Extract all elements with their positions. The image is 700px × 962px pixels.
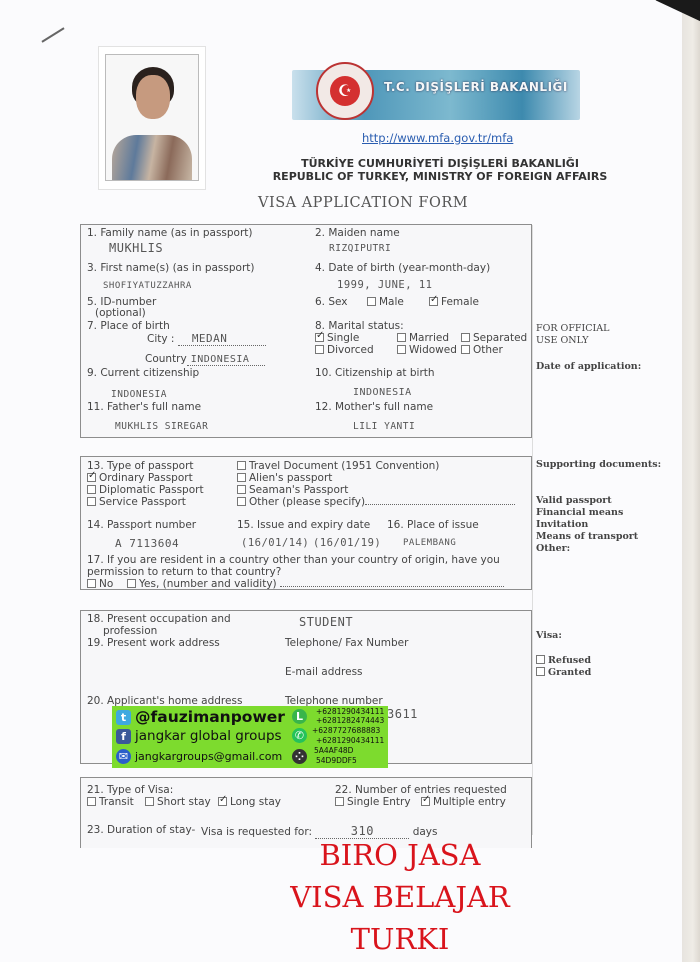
ministry-seal-icon: ☪	[316, 62, 374, 120]
checkbox[interactable]	[461, 345, 470, 354]
line-number-1: +6281290434111	[316, 707, 384, 716]
entries-label: 22. Number of entries requested	[335, 784, 507, 796]
doc-invitation: Invitation	[536, 519, 588, 531]
passport-seaman-option[interactable]: Seaman's Passport	[237, 484, 348, 496]
country-value: INDONESIA	[187, 354, 250, 365]
checkbox[interactable]	[87, 497, 96, 506]
visa-transit-option[interactable]: Transit	[87, 796, 134, 808]
promo-watermark: BIRO JASA VISA BELAJAR TURKI	[190, 834, 610, 960]
passport-ordinary-option[interactable]: Ordinary Passport	[87, 472, 193, 484]
checkbox[interactable]	[397, 345, 406, 354]
checkbox-checked[interactable]	[315, 333, 324, 342]
dob-label: 4. Date of birth (year-month-day)	[315, 262, 490, 274]
checkbox[interactable]	[397, 333, 406, 342]
checkbox[interactable]	[536, 655, 545, 664]
official-column-divider	[532, 225, 533, 835]
checkbox-checked[interactable]	[421, 797, 430, 806]
city-value: MEDAN	[178, 332, 228, 345]
mail-icon: ✉	[116, 749, 131, 764]
multiple-entry-option[interactable]: Multiple entry	[421, 796, 506, 808]
ministry-name-english: REPUBLIC OF TURKEY, MINISTRY OF FOREIGN …	[265, 170, 615, 183]
sex-female-option[interactable]: Female	[429, 296, 479, 308]
checkbox[interactable]	[367, 297, 376, 306]
father-name-value[interactable]: MUKHLIS SIREGAR	[115, 421, 208, 432]
checkbox[interactable]	[237, 473, 246, 482]
photo-face	[136, 75, 170, 119]
duration-label: 23. Duration of stay-	[87, 824, 195, 836]
watermark-line-2: VISA BELAJAR	[190, 876, 610, 918]
residence-permission-label-2: permission to return to that country?	[87, 566, 281, 578]
current-citizenship-value[interactable]: INDONESIA	[111, 389, 167, 400]
checkbox-checked[interactable]	[429, 297, 438, 306]
twitter-contact[interactable]: t @fauzimanpower	[116, 708, 285, 726]
checkbox-checked[interactable]	[87, 473, 96, 482]
banner-text: T.C. DIŞİŞLERİ BAKANLIĞI	[384, 80, 568, 94]
checkbox-checked[interactable]	[218, 797, 227, 806]
passport-number-value[interactable]: A 7113604	[115, 537, 179, 550]
twitter-icon: t	[116, 710, 131, 725]
checkbox[interactable]	[237, 497, 246, 506]
marital-single-option[interactable]: Single	[315, 332, 359, 344]
whatsapp-icon: ✆	[292, 728, 307, 743]
expiry-date-value[interactable]: (16/01/19)	[313, 537, 381, 549]
current-citizenship-label: 9. Current citizenship	[87, 367, 199, 379]
place-of-birth-label: 7. Place of birth	[87, 320, 170, 332]
page-edge-shadow	[682, 0, 700, 962]
passport-section: 13. Type of passport Ordinary Passport D…	[80, 456, 532, 590]
passport-travel-document-option[interactable]: Travel Document (1951 Convention)	[237, 460, 439, 472]
blackberry-icon: ⁘	[292, 749, 307, 764]
crescent-star-icon: ☪	[330, 76, 360, 106]
doc-other: Other:	[536, 543, 570, 555]
whatsapp-number-1: +6287727688883	[312, 726, 380, 735]
first-name-label: 3. First name(s) (as in passport)	[87, 262, 254, 274]
tel-fax-label: Telephone/ Fax Number	[285, 637, 408, 649]
visa-decision-label: Visa:	[536, 630, 562, 642]
citizenship-at-birth-label: 10. Citizenship at birth	[315, 367, 435, 379]
marital-separated-option[interactable]: Separated	[461, 332, 527, 344]
passport-number-label: 14. Passport number	[87, 519, 196, 531]
visa-long-stay-option[interactable]: Long stay	[218, 796, 281, 808]
doc-valid-passport: Valid passport	[536, 495, 612, 507]
marital-status-label: 8. Marital status:	[315, 320, 404, 332]
bbm-pin-1: 5A4AF48D	[314, 746, 353, 755]
passport-diplomatic-option[interactable]: Diplomatic Passport	[87, 484, 204, 496]
checkbox[interactable]	[335, 797, 344, 806]
telephone-value[interactable]: 3611	[387, 707, 418, 721]
supporting-documents-label: Supporting documents:	[536, 459, 661, 471]
checkbox[interactable]	[237, 485, 246, 494]
occupation-label-2: profession	[103, 625, 157, 637]
applicant-photo-frame	[98, 46, 206, 190]
checkbox[interactable]	[87, 797, 96, 806]
visa-refused-option[interactable]: Refused	[536, 655, 591, 667]
city-field[interactable]: City : MEDAN	[147, 332, 266, 346]
ministry-url-link[interactable]: http://www.mfa.gov.tr/mfa	[362, 131, 513, 145]
whatsapp-number-2: +6281290434111	[316, 736, 384, 745]
marital-widowed-option[interactable]: Widowed	[397, 344, 457, 356]
checkbox[interactable]	[237, 461, 246, 470]
mother-name-label: 12. Mother's full name	[315, 401, 433, 413]
residence-yes-option[interactable]: Yes, (number and validity)	[127, 578, 504, 590]
checkbox[interactable]	[315, 345, 324, 354]
watermark-line-1: BIRO JASA	[190, 834, 610, 876]
occupation-value[interactable]: STUDENT	[299, 615, 353, 629]
issue-expiry-label: 15. Issue and expiry date	[237, 519, 370, 531]
passport-alien-option[interactable]: Alien's passport	[237, 472, 332, 484]
official-use-heading: FOR OFFICIAL USE ONLY	[536, 323, 609, 347]
doc-means-of-transport: Means of transport	[536, 531, 638, 543]
ministry-name: TÜRKİYE CUMHURİYETİ DIŞİŞLERİ BAKANLIĞI …	[265, 157, 615, 183]
checkbox[interactable]	[87, 485, 96, 494]
family-name-label: 1. Family name (as in passport)	[87, 227, 253, 239]
sex-male-option[interactable]: Male	[367, 296, 404, 308]
place-of-issue-value[interactable]: PALEMBANG	[403, 538, 456, 548]
issue-date-value[interactable]: (16/01/14)	[241, 537, 309, 549]
country-field[interactable]: CountryINDONESIA	[145, 353, 265, 366]
passport-other-option[interactable]: Other (please specify)	[237, 496, 515, 508]
checkbox[interactable]	[461, 333, 470, 342]
photo-shirt	[112, 135, 192, 181]
visa-type-label: 21. Type of Visa:	[87, 784, 173, 796]
visa-granted-option[interactable]: Granted	[536, 667, 591, 679]
residence-no-option[interactable]: No	[87, 578, 113, 590]
applicant-photo	[105, 54, 199, 181]
work-address-label: 19. Present work address	[87, 637, 220, 649]
facebook-contact[interactable]: f jangkar global groups	[116, 728, 282, 744]
single-entry-option[interactable]: Single Entry	[335, 796, 411, 808]
marital-divorced-option[interactable]: Divorced	[315, 344, 374, 356]
bbm-pin-2: 54D9DDF5	[316, 756, 357, 765]
watermark-line-3: TURKI	[190, 918, 610, 960]
marital-other-option[interactable]: Other	[461, 344, 503, 356]
residence-permission-label: 17. If you are resident in a country oth…	[87, 554, 500, 566]
dob-value[interactable]: 1999, JUNE, 11	[337, 279, 433, 291]
form-title: VISA APPLICATION FORM	[258, 195, 468, 211]
passport-service-option[interactable]: Service Passport	[87, 496, 186, 508]
visa-short-stay-option[interactable]: Short stay	[145, 796, 211, 808]
checkbox[interactable]	[87, 579, 96, 588]
personal-info-section: 1. Family name (as in passport) MUKHLIS …	[80, 224, 532, 438]
passport-type-label: 13. Type of passport	[87, 460, 194, 472]
place-of-issue-label: 16. Place of issue	[387, 519, 479, 531]
citizenship-at-birth-value[interactable]: INDONESIA	[353, 387, 412, 398]
id-number-optional: (optional)	[95, 307, 146, 319]
family-name-value[interactable]: MUKHLIS	[109, 241, 163, 255]
email-contact[interactable]: ✉ jangkargroups@gmail.com	[116, 749, 282, 764]
sex-label: 6. Sex	[315, 296, 348, 308]
maiden-name-value[interactable]: RIZQIPUTRI	[329, 243, 391, 254]
checkbox[interactable]	[145, 797, 154, 806]
maiden-name-label: 2. Maiden name	[315, 227, 400, 239]
doc-financial-means: Financial means	[536, 507, 623, 519]
line-number-2: +6281282474443	[316, 716, 384, 725]
occupation-label: 18. Present occupation and	[87, 613, 231, 625]
first-name-value[interactable]: SHOFIYATUZZAHRA	[103, 281, 192, 291]
facebook-icon: f	[116, 729, 131, 744]
checkbox[interactable]	[536, 667, 545, 676]
father-name-label: 11. Father's full name	[87, 401, 201, 413]
ministry-name-turkish: TÜRKİYE CUMHURİYETİ DIŞİŞLERİ BAKANLIĞI	[265, 157, 615, 170]
line-icon: L	[292, 709, 307, 724]
mother-name-value[interactable]: LILI YANTI	[353, 421, 415, 432]
marital-married-option[interactable]: Married	[397, 332, 449, 344]
email-label: E-mail address	[285, 666, 363, 678]
date-of-application-label: Date of application:	[536, 361, 641, 373]
contact-promo-banner: t @fauzimanpower f jangkar global groups…	[112, 706, 388, 768]
checkbox[interactable]	[127, 579, 136, 588]
